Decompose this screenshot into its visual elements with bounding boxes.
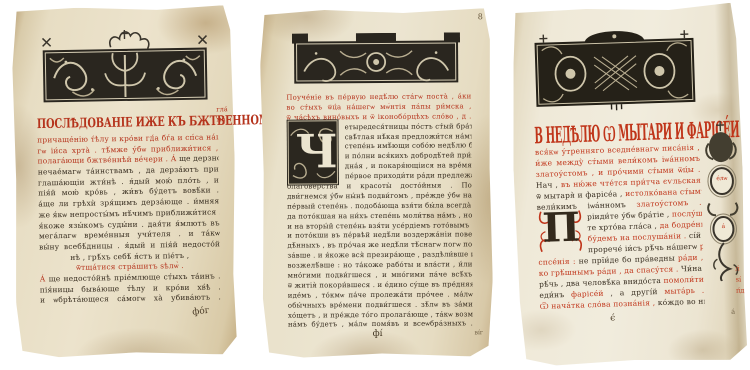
text-segment: и пото́кши въ пе́рвѣй недѣ́ли воздержа́н…: [287, 231, 472, 240]
page2-quire-mark: фі́: [262, 328, 493, 340]
text-segment: Нач ,: [536, 180, 558, 190]
page-right-content: В НЕДѢЛЮ Ѡ МЫТАРИ И ФАРІСЕ́И вся́кѡ у́тр…: [531, 14, 707, 358]
folio-number: 8: [478, 12, 483, 21]
text-segment: дна́я , и покаря́ющіися на вре́мя: [345, 162, 472, 171]
text-segment: и ѡбрѣта́ющеся са́могѡ ха̀ убива́ютъ .: [40, 293, 221, 305]
page1-red-title: ПОСЛѢДОВАНІЕ ИЖЕ КЪ БЖТВЕННОМУ: [37, 109, 218, 131]
page1-margin-notes: гла́ма́: [216, 105, 228, 123]
page1-signature-mark: фо́г: [192, 306, 210, 318]
medallion-label-bottom: а́: [704, 222, 742, 230]
text-segment: мно́гими подви́гшеся , и мно́гими па́че …: [288, 270, 473, 279]
text-segment: сі́й бо: [689, 230, 703, 240]
book-page-right: В НЕДѢЛЮ Ѡ МЫТАРИ И ФАРІСЕ́И вся́кѡ у́тр…: [508, 2, 748, 366]
text-segment: дви́гнемся у́бѡ ны́нѣ подви́гомъ , пре́ж…: [287, 191, 472, 200]
text-segment: за́вше . и я́коже вся̀ презира́юще , раз…: [287, 251, 472, 260]
page2-corner-mark: ві́г: [475, 329, 484, 336]
margin-floral-woodcut-column: е́лѡ а́: [701, 118, 744, 281]
text-segment: ра́ди: [700, 241, 704, 251]
text-segment: иде́мъ , то́кмѡ па́че пролежа́ти про́чее…: [288, 290, 473, 299]
text-segment: да бодре́нни: [660, 219, 703, 230]
text-segment: и по́лни вся́кихъ добродѣ́тей при́ят: [345, 152, 472, 161]
text-segment: ра́ди ,: [678, 253, 704, 263]
page1-text-block: причаще́нію т́ѣлу и кро́ви гд́а бѓа и сп…: [37, 132, 221, 306]
book-page-left: ПОСЛѢДОВАНІЕ ИЖЕ КЪ БЖТВЕННОМУ причаще́н…: [11, 5, 238, 358]
text-segment: дѣ́нныхъ , въ про́чая же недѣ́ли тѣ́снаг…: [287, 241, 472, 250]
text-segment: хо́щетъ , и пре́жде то́го пролага́юще , …: [288, 310, 473, 319]
headpiece-woodcut-panel: [531, 24, 699, 113]
text-segment: обы́чныхъ вре́мени подви́гшеся . зѣ́лѡ в…: [288, 300, 473, 309]
text-segment: Ѿ нача́тка сло́ва позна́нія ,: [540, 298, 658, 311]
margin-note: л́: [735, 264, 744, 273]
text-segment: и на вторы́й степе́нь взя́ти усе́рдіемъ …: [287, 221, 472, 230]
text-segment: ѿ житія̀ покори́вшеся . и е́дино су́ще в…: [288, 280, 473, 289]
margin-note: ѕі́: [736, 275, 745, 284]
headpiece-woodcut-band: [292, 32, 471, 85]
text-segment: ще дерзно́вѣ: [176, 154, 218, 164]
text-segment: Чи́на ,: [681, 264, 704, 274]
margin-note: ма́: [216, 115, 228, 124]
text-segment: еди́нъ: [539, 290, 571, 300]
text-segment: Поуче́ніе въ пе́рвую недѣ́лю ста́гѡ пост…: [286, 92, 471, 101]
text-segment: пе́рвый степе́нь . подоба́юща взя́ти бы́…: [287, 201, 472, 210]
text-segment: пе́рвое приходи́ти ра́ди предлежа́щагѡ: [345, 171, 472, 180]
page3-margin-notes: л́ѕі́п́д: [735, 264, 744, 295]
page3-vyaz-red-title: В НЕДѢЛЮ Ѡ МЫТАРИ И ФАРІСЕ́И: [534, 116, 700, 145]
text-segment: послу́шай: [672, 208, 702, 218]
text-line: и ѡбрѣта́ющеся са́могѡ ха̀ убива́ютъ .: [40, 293, 221, 307]
text-segment: ѿтща́тися стра́шитъ ѕѣлѡ̀ .: [76, 261, 184, 272]
text-segment: етыредеся́тницы по́стъ ст́ый бра́тіе , а…: [345, 122, 472, 131]
text-segment: свѣ́тлая нѣ́кая предложи́тся на́мъ ,: [345, 132, 472, 141]
text-segment: ко́ждо во ни́хъ: [658, 296, 705, 307]
margin-note: п́д: [736, 286, 745, 295]
text-segment: вы́ну всебѣ́дницы . я́дый и пія́й недост…: [39, 239, 220, 251]
margin-note: гла́: [216, 105, 228, 114]
page3-initial-letter: П: [542, 203, 581, 254]
text-segment: возжелѣ́вше : но та́коже рабо́ты и вла́с…: [288, 260, 473, 269]
text-segment: помоли́тися .: [663, 274, 704, 285]
medallion-label-top: е́лѡ: [703, 174, 741, 182]
page2-initial-letter: Ч: [296, 123, 338, 179]
text-segment: да пото́кшая на ни́хъ степе́нь моли́тва …: [287, 211, 472, 220]
page-left-content: ПОСЛѢДОВАНІЕ ИЖЕ КЪ БЖТВЕННОМУ причаще́н…: [35, 15, 222, 349]
page3-drop-cap-block: П: [537, 204, 585, 255]
page3-corner-mark: а́: [731, 308, 735, 316]
text-segment: полага́ющи бжтве́ннѣй ве́чери . А́: [38, 154, 177, 165]
headpiece-woodcut-with-crown: [39, 27, 215, 106]
photo-of-three-old-slavonic-book-pages: { "scene": { "description": "photograph …: [0, 0, 750, 370]
text-segment: мыта́рь .: [664, 286, 704, 296]
text-segment: во ст́ыхъ ѿц́а на́шегѡ мѡ́нтія па́пы ри́…: [286, 102, 471, 111]
page2-drop-cap-block: Ч: [287, 119, 339, 185]
text-segment: нѣ , грѣ́хъ себѣ́ я́стъ и піе́тъ ,: [70, 250, 189, 261]
book-page-center: 8 Поуче́ніе въ пе́рвую недѣ́лю ста́гѡ по…: [260, 8, 493, 358]
text-segment: фарісе́й: [571, 289, 604, 299]
text-segment: спсе́нія :: [538, 257, 575, 267]
text-segment: степе́нь имѣ́ющи собо́ю недѣ́лю бл́гъ ,: [345, 142, 472, 151]
